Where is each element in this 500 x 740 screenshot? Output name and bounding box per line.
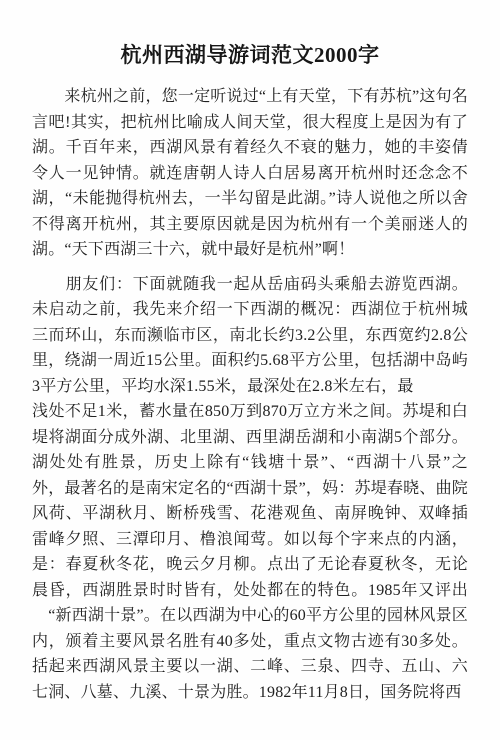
text-line: 晨昏，西湖胜景时时皆有，处处都在的特色。1985年又评出了 xyxy=(32,578,468,604)
text-line: 外，最著名的是南宋定名的“西湖十景”，妈：苏堤春晓、曲院 xyxy=(32,476,468,502)
text-line: 堤将湖面分成外湖、北里湖、西里湖岳湖和小南湖5个部分。西 xyxy=(32,425,468,451)
text-line: 湖，“未能抛得杭州去，一半勾留是此湖。”诗人说他之所以舍 xyxy=(32,186,468,212)
text-line: “新西湖十景”。在以西湖为中心的60平方公里的园林风景区 xyxy=(32,603,468,629)
text-line: 里，绕湖一周近15公里。面积约5.68平方公里，包括湖中岛屿 为6. xyxy=(32,348,468,374)
document-page: 杭州西湖导游词范文2000字 来杭州之前，您一定听说过“上有天堂，下有苏杭”这句… xyxy=(0,0,500,740)
text-line: 不得离开杭州，其主要原因就是因为杭州有一个美丽迷人的西 xyxy=(32,212,468,238)
document-title: 杭州西湖导游词范文2000字 xyxy=(32,42,468,69)
text-line: 雷峰夕照、三潭印月、橹浪闻莺。如以每个字来点的内涵，它们 xyxy=(32,527,468,553)
paragraph: 来杭州之前，您一定听说过“上有天堂，下有苏杭”这句名言吧!其实，把杭州比喻成人间… xyxy=(32,84,468,263)
text-line: 括起来西湖风景主要以一湖、二峰、三泉、四寺、五山、六园、 xyxy=(32,654,468,680)
text-line: 未启动之前，我先来介绍一下西湖的概况：西湖位于杭州城西， xyxy=(32,297,468,323)
text-line: 朋友们：下面就随我一起从岳庙码头乘船去游览西湖。在船 xyxy=(32,272,468,298)
text-line: 是：春夏秋冬花，晚云夕月柳。点出了无论春夏秋冬，无论明晦 xyxy=(32,552,468,578)
text-line: 浅处不足1米，蓄水量在850万到870万立方米之间。苏堤和白 xyxy=(32,399,468,425)
text-line: 3平方公里，平均水深1.55米，最深处在2.8米左右，最 xyxy=(32,374,468,400)
text-line: 来杭州之前，您一定听说过“上有天堂，下有苏杭”这句名 xyxy=(32,84,468,110)
text-line: 三而环山，东而濒临市区，南北长约3.2公里，东西宽约2.8公 xyxy=(32,323,468,349)
text-line: 湖处处有胜景，历史上除有“钱塘十景”、“西湖十八景”之 xyxy=(32,450,468,476)
text-line: 风荷、平湖秋月、断桥残雪、花港观鱼、南屏晚钟、双峰插云、 xyxy=(32,501,468,527)
document-body: 来杭州之前，您一定听说过“上有天堂，下有苏杭”这句名言吧!其实，把杭州比喻成人间… xyxy=(32,84,468,705)
text-line: 七洞、八墓、九溪、十景为胜。1982年11月8日，国务院将西 xyxy=(32,680,468,706)
text-line: 言吧!其实，把杭州比喻成人间天堂，很大程度上是因为有了西 xyxy=(32,110,468,136)
text-line: 令人一见钟情。就连唐朝人诗人白居易离开杭州时还念念不忘西 xyxy=(32,161,468,187)
text-line: 湖。“天下西湖三十六，就中最好是杭州”啊！ xyxy=(32,237,468,263)
text-line: 内，颁着主要风景名胜有40多处，重点文物古迹有30多处。概 xyxy=(32,629,468,655)
text-line: 湖。千百年来，西湖风景有着经久不衰的魅力，她的丰姿倩影， xyxy=(32,135,468,161)
paragraph: 朋友们：下面就随我一起从岳庙码头乘船去游览西湖。在船未启动之前，我先来介绍一下西… xyxy=(32,272,468,706)
